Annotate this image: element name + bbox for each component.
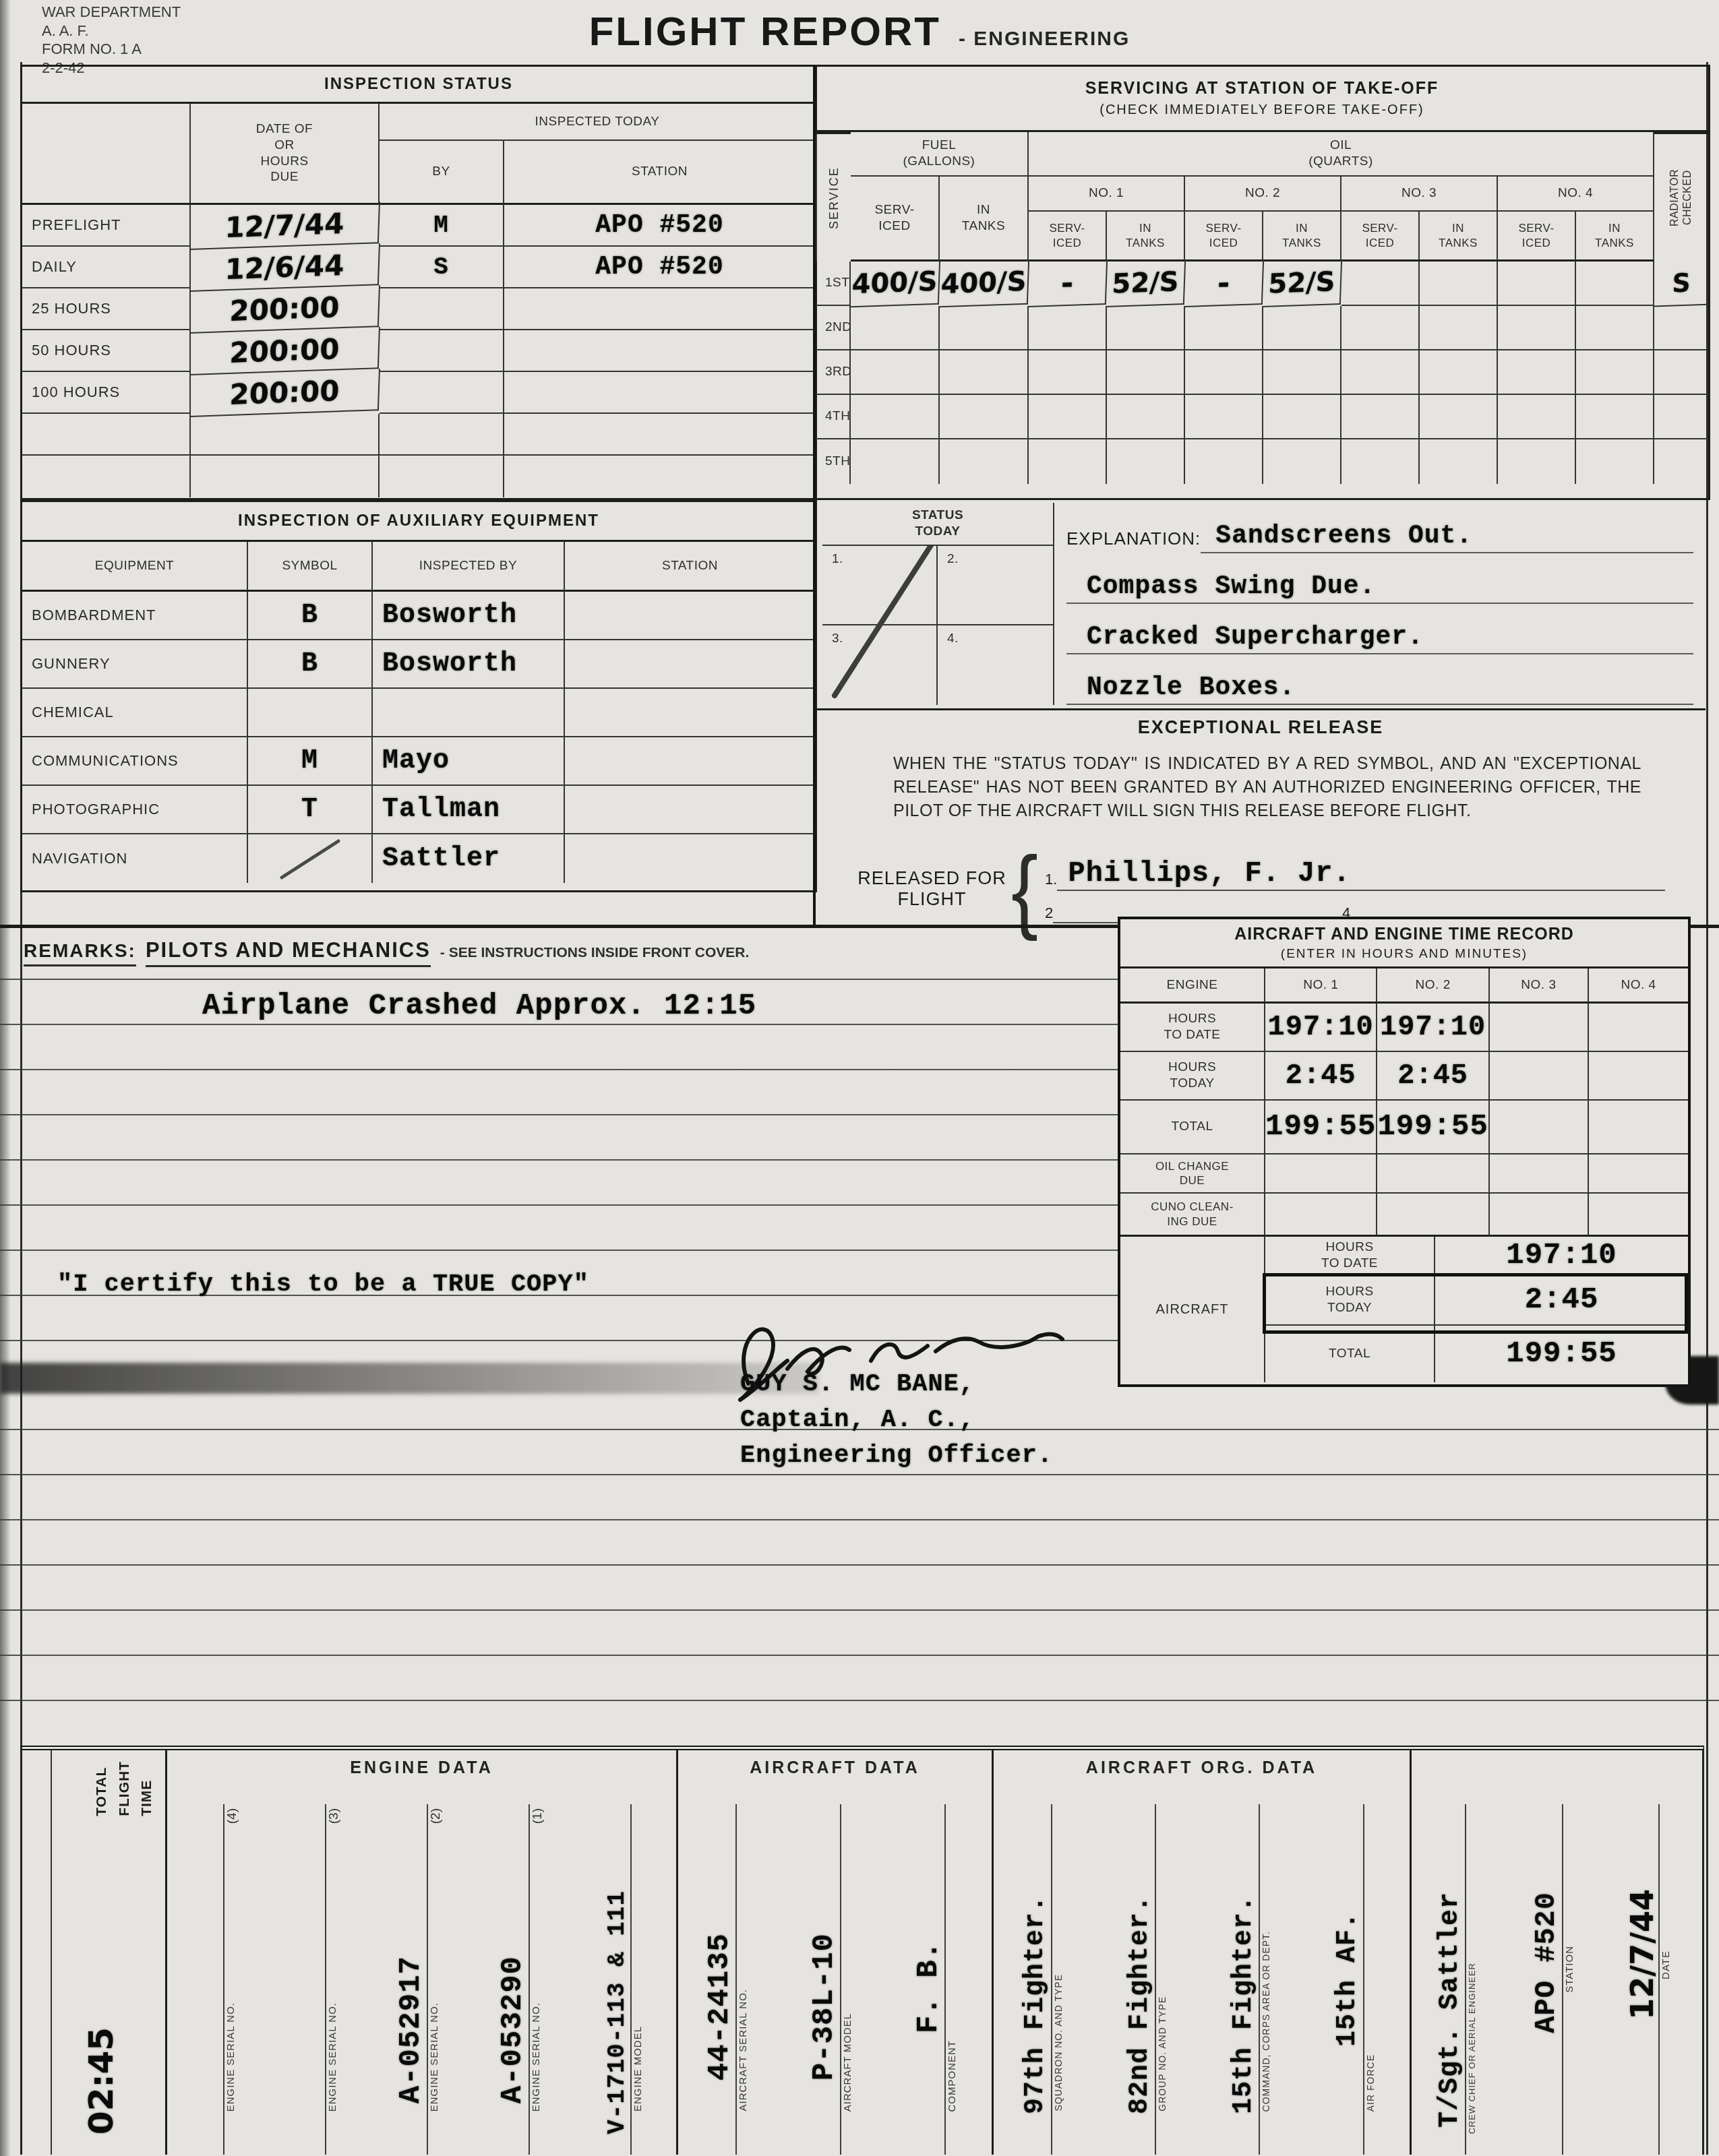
release-line-1-number: 1. bbox=[1045, 871, 1057, 891]
pilot-release-signature: Phillips, F. Jr. bbox=[1057, 857, 1665, 891]
bottom-date-column: DATE 12/7/44 bbox=[1605, 1785, 1702, 2155]
time-record-subtitle: (ENTER IN HOURS AND MINUTES) bbox=[1281, 947, 1528, 962]
oil-change-no2 bbox=[1377, 1154, 1489, 1194]
symbol-header: SYMBOL bbox=[248, 542, 373, 592]
navigation-symbol-cell bbox=[248, 834, 373, 883]
column-label: ENGINE SERIAL NO. bbox=[531, 2002, 542, 2112]
column-value: F. B. bbox=[914, 1941, 944, 2033]
bottom-station-column: STATION APO #520 bbox=[1509, 1785, 1606, 2155]
station-header: STATION bbox=[504, 141, 815, 205]
empty-cell bbox=[1341, 306, 1420, 350]
engine-no3-header: NO. 3 bbox=[1490, 968, 1589, 1004]
empty-cell bbox=[940, 306, 1029, 350]
engine-no4-header: NO. 4 bbox=[1589, 968, 1688, 1004]
blank-corner-cell bbox=[22, 104, 191, 205]
status-quadrant-4: 4. bbox=[938, 625, 1053, 705]
total-no3 bbox=[1490, 1101, 1589, 1154]
chemical-symbol-cell bbox=[248, 689, 373, 737]
column-label: AIR FORCE bbox=[1365, 2054, 1376, 2112]
crew-chief-column: CREW CHIEF OR AERIAL ENGINEER T/Sgt. Sat… bbox=[1412, 1785, 1509, 2155]
column-value: 97th Fighter. bbox=[1023, 1895, 1050, 2114]
column-value: 12/7/44 bbox=[1627, 1889, 1658, 2020]
blank-row-cell bbox=[191, 414, 380, 456]
aircraft-data-title: AIRCRAFT DATA bbox=[678, 1750, 992, 1785]
column-value: A-052917 bbox=[396, 1956, 426, 2103]
oil-change-no1 bbox=[1265, 1154, 1377, 1194]
hours-to-date-no4 bbox=[1589, 1004, 1688, 1052]
explanation-entry-4: Nozzle Boxes. bbox=[1066, 673, 1693, 705]
engine-data-group: ENGINE DATA (4) ENGINE SERIAL NO. (3) EN… bbox=[167, 1750, 678, 2155]
25-hours-entry: 200:00 bbox=[190, 285, 380, 334]
column-value: 15th AF. bbox=[1335, 1912, 1362, 2047]
remarks-label: REMARKS: bbox=[24, 940, 136, 966]
aircraft-serial-column: AIRCRAFT SERIAL NO. 44-24135 bbox=[678, 1785, 783, 2155]
auxiliary-title: INSPECTION OF AUXILIARY EQUIPMENT bbox=[22, 502, 815, 542]
row-label-chemical: CHEMICAL bbox=[22, 689, 248, 737]
fuel-in-tanks-entry-1st: 400/S bbox=[939, 260, 1029, 308]
column-value: APO #520 bbox=[1532, 1892, 1561, 2033]
scan-smudge-artifact bbox=[0, 1363, 819, 1394]
service-row-2nd: 2ND bbox=[816, 306, 851, 350]
service-row-3rd: 3RD bbox=[816, 350, 851, 395]
component-column: COMPONENT F. B. bbox=[887, 1785, 992, 2155]
crew-group-title-spacer bbox=[1412, 1750, 1702, 1785]
oil-no2-header: NO. 2 bbox=[1185, 177, 1341, 212]
chemical-inspector-cell bbox=[373, 689, 565, 737]
25-hours-station-cell bbox=[504, 288, 815, 330]
entry-line bbox=[223, 1804, 224, 2155]
bottom-spacer-column bbox=[22, 1750, 52, 2155]
engine-model-column: ENGINE MODEL V-1710-113 & 111 bbox=[574, 1785, 676, 2155]
crew-station-date-group: CREW CHIEF OR AERIAL ENGINEER T/Sgt. Sat… bbox=[1412, 1750, 1702, 2155]
exceptional-release-title: EXCEPTIONAL RELEASE bbox=[816, 710, 1706, 738]
cuno-no3 bbox=[1490, 1194, 1589, 1237]
column-value: T/Sgt. Sattler bbox=[1437, 1892, 1464, 2128]
bombardment-symbol-entry: B bbox=[248, 592, 373, 640]
oil-change-no4 bbox=[1589, 1154, 1688, 1194]
fuel-serviced-header: SERV- ICED bbox=[851, 177, 940, 261]
oil-no1-header: NO. 1 bbox=[1029, 177, 1185, 212]
column-value: A-053290 bbox=[498, 1956, 528, 2103]
column-number: (1) bbox=[531, 1808, 545, 1824]
50-hours-entry: 200:00 bbox=[190, 327, 380, 375]
group-column: GROUP NO. AND TYPE 82nd Fighter. bbox=[1097, 1785, 1201, 2155]
column-label: GROUP NO. AND TYPE bbox=[1157, 1996, 1168, 2112]
empty-cell bbox=[1576, 439, 1654, 484]
column-label: COMMAND, CORPS AREA OR DEPT. bbox=[1261, 1931, 1271, 2112]
empty-cell bbox=[1185, 350, 1263, 395]
aircraft-hours-today-value: 2:45 bbox=[1435, 1276, 1688, 1326]
time-record-title: AIRCRAFT AND ENGINE TIME RECORD bbox=[1234, 925, 1574, 944]
signer-title: Engineering Officer. bbox=[740, 1438, 1053, 1474]
inspected-today-header: INSPECTED TODAY bbox=[380, 104, 815, 141]
daily-date-entry: 12/6/44 bbox=[190, 243, 380, 292]
status-today-box: STATUS TODAY 1. 2. 3. 4. bbox=[822, 503, 1054, 705]
empty-cell bbox=[1498, 439, 1576, 484]
navigation-slash-icon bbox=[276, 837, 344, 880]
hours-to-date-label: HOURS TO DATE bbox=[1120, 1004, 1265, 1052]
column-label: ENGINE SERIAL NO. bbox=[429, 2002, 440, 2112]
column-value: 82nd Fighter. bbox=[1127, 1895, 1154, 2114]
photographic-station-cell bbox=[565, 786, 815, 834]
row-label-daily: DAILY bbox=[22, 247, 191, 288]
empty-cell bbox=[1420, 350, 1498, 395]
service-row-5th: 5TH bbox=[816, 439, 851, 484]
column-label: AIRCRAFT SERIAL NO. bbox=[737, 1989, 749, 2112]
explanation-entry-1: Sandscreens Out. bbox=[1201, 522, 1693, 553]
aircraft-hours-today-label: HOURS TODAY bbox=[1265, 1276, 1435, 1326]
row-label-preflight: PREFLIGHT bbox=[22, 205, 191, 247]
aircraft-total-value: 199:55 bbox=[1435, 1326, 1688, 1382]
no4-serviced-entry-1st bbox=[1498, 261, 1576, 306]
empty-cell bbox=[1498, 306, 1576, 350]
empty-cell bbox=[851, 350, 940, 395]
explanation-block: EXPLANATION: Sandscreens Out. Compass Sw… bbox=[1066, 503, 1693, 705]
hours-to-date-no1: 197:10 bbox=[1265, 1004, 1377, 1052]
time-record-title-block: AIRCRAFT AND ENGINE TIME RECORD (ENTER I… bbox=[1120, 919, 1688, 968]
empty-cell bbox=[1498, 350, 1576, 395]
no2-in-tanks-entry-1st: 52/S bbox=[1263, 260, 1342, 307]
remarks-entry: Airplane Crashed Approx. 12:15 bbox=[202, 989, 756, 1023]
status-quadrant-2: 2. bbox=[938, 546, 1053, 625]
total-no1: 199:55 bbox=[1265, 1101, 1377, 1154]
service-row-4th: 4TH bbox=[816, 395, 851, 439]
explanation-line-4: Nozzle Boxes. bbox=[1066, 654, 1693, 705]
hours-to-date-no2: 197:10 bbox=[1377, 1004, 1489, 1052]
daily-by-entry: S bbox=[380, 247, 504, 288]
column-value: 15th Fighter. bbox=[1231, 1895, 1258, 2114]
engine-col-header: ENGINE bbox=[1120, 968, 1265, 1004]
empty-cell bbox=[1029, 439, 1107, 484]
aircraft-hours-to-date-value: 197:10 bbox=[1435, 1237, 1688, 1276]
blank-row-cell bbox=[191, 456, 380, 497]
entry-line bbox=[1051, 1804, 1052, 2155]
fuel-gallons-header: FUEL (GALLONS) bbox=[851, 132, 1029, 177]
page-title: FLIGHT REPORT- ENGINEERING bbox=[0, 8, 1719, 55]
no1-serviced-header: SERV- ICED bbox=[1029, 212, 1107, 261]
column-value: 44-24135 bbox=[705, 1933, 735, 2081]
bombardment-station-cell bbox=[565, 592, 815, 640]
cuno-cleaning-due-label: CUNO CLEAN- ING DUE bbox=[1120, 1194, 1265, 1237]
empty-cell bbox=[1185, 306, 1263, 350]
certify-statement: "I certify this to be a TRUE COPY" bbox=[57, 1270, 589, 1299]
remarks-heading: REMARKS: PILOTS AND MECHANICS - SEE INST… bbox=[24, 938, 749, 967]
servicing-subtitle: (CHECK IMMEDIATELY BEFORE TAKE-OFF) bbox=[1099, 102, 1424, 118]
bottom-data-band: TOTAL FLIGHT TIME 02:45 ENGINE DATA (4) … bbox=[20, 1746, 1704, 2155]
no3-in-tanks-entry-1st bbox=[1420, 261, 1498, 306]
release-line-2-number: 2 bbox=[1045, 904, 1053, 923]
explanation-line-2: Compass Swing Due. bbox=[1066, 553, 1693, 604]
communications-inspector-entry: Mayo bbox=[373, 737, 565, 786]
total-flight-time-column: TOTAL FLIGHT TIME 02:45 bbox=[52, 1750, 167, 2155]
no4-in-tanks-header: IN TANKS bbox=[1576, 212, 1654, 261]
aircraft-model-column: AIRCRAFT MODEL P-38L-10 bbox=[783, 1785, 887, 2155]
empty-cell bbox=[1185, 395, 1263, 439]
oil-no3-header: NO. 3 bbox=[1341, 177, 1498, 212]
photographic-symbol-entry: T bbox=[248, 786, 373, 834]
navigation-inspector-entry: Sattler bbox=[373, 834, 565, 883]
cuno-no4 bbox=[1589, 1194, 1688, 1237]
brace-glyph: { bbox=[1011, 851, 1038, 929]
oil-change-no3 bbox=[1490, 1154, 1589, 1194]
column-number: (3) bbox=[327, 1808, 342, 1824]
servicing-panel: SERVICING AT STATION OF TAKE-OFF (CHECK … bbox=[813, 65, 1710, 500]
auxiliary-equipment-panel: INSPECTION OF AUXILIARY EQUIPMENT EQUIPM… bbox=[20, 500, 817, 892]
blank-row-cell bbox=[380, 456, 504, 497]
aircraft-org-data-group: AIRCRAFT ORG. DATA SQUADRON NO. AND TYPE… bbox=[994, 1750, 1412, 2155]
oil-quarts-header: OIL (QUARTS) bbox=[1029, 132, 1654, 177]
no2-serviced-entry-1st: - bbox=[1184, 260, 1264, 307]
blank-row-cell bbox=[22, 456, 191, 497]
no1-serviced-entry-1st: - bbox=[1028, 260, 1108, 307]
empty-cell bbox=[1263, 306, 1341, 350]
servicing-title-block: SERVICING AT STATION OF TAKE-OFF (CHECK … bbox=[816, 67, 1708, 132]
empty-cell bbox=[940, 350, 1029, 395]
total-flight-time-value: 02:45 bbox=[82, 2027, 121, 2134]
aircraft-hours-to-date-label: HOURS TO DATE bbox=[1265, 1237, 1435, 1276]
column-label: AIRCRAFT MODEL bbox=[842, 2013, 853, 2112]
remarks-note: - SEE INSTRUCTIONS INSIDE FRONT COVER. bbox=[440, 945, 750, 961]
no4-in-tanks-entry-1st bbox=[1576, 261, 1654, 306]
fuel-in-tanks-header: IN TANKS bbox=[940, 177, 1029, 261]
inspection-status-title: INSPECTION STATUS bbox=[22, 67, 815, 104]
status-explanation-panel: STATUS TODAY 1. 2. 3. 4. EXPLANATION: Sa… bbox=[813, 500, 1706, 710]
release-line-1: 1. Phillips, F. Jr. bbox=[1045, 856, 1665, 891]
blank-row-cell bbox=[504, 414, 815, 456]
row-label-communications: COMMUNICATIONS bbox=[22, 737, 248, 786]
column-value: P-38L-10 bbox=[810, 1933, 839, 2081]
empty-cell bbox=[940, 439, 1029, 484]
empty-cell bbox=[1498, 395, 1576, 439]
equipment-header: EQUIPMENT bbox=[22, 542, 248, 592]
hours-today-no3 bbox=[1490, 1052, 1589, 1101]
air-force-column: AIR FORCE 15th AF. bbox=[1306, 1785, 1410, 2155]
total-no4 bbox=[1589, 1101, 1688, 1154]
no2-in-tanks-header: IN TANKS bbox=[1263, 212, 1341, 261]
50-hours-by-cell bbox=[380, 330, 504, 372]
hours-today-no4 bbox=[1589, 1052, 1688, 1101]
date-or-hours-due-header: DATE OF OR HOURS DUE bbox=[191, 104, 380, 205]
column-label: CREW CHIEF OR AERIAL ENGINEER bbox=[1467, 1963, 1477, 2134]
squadron-column: SQUADRON NO. AND TYPE 97th Fighter. bbox=[994, 1785, 1097, 2155]
photographic-inspector-entry: Tallman bbox=[373, 786, 565, 834]
hours-today-label: HOURS TODAY bbox=[1120, 1052, 1265, 1101]
cuno-no2 bbox=[1377, 1194, 1489, 1237]
daily-station-entry: APO #520 bbox=[504, 247, 815, 288]
hours-today-no2: 2:45 bbox=[1377, 1052, 1489, 1101]
empty-cell bbox=[1029, 395, 1107, 439]
blank-row-cell bbox=[380, 414, 504, 456]
empty-cell bbox=[1654, 439, 1708, 484]
empty-cell bbox=[1029, 306, 1107, 350]
exceptional-release-panel: EXCEPTIONAL RELEASE WHEN THE "STATUS TOD… bbox=[813, 710, 1706, 925]
empty-cell bbox=[1576, 395, 1654, 439]
no1-in-tanks-entry-1st: 52/S bbox=[1106, 260, 1186, 307]
empty-cell bbox=[1420, 439, 1498, 484]
engine-data-title: ENGINE DATA bbox=[167, 1750, 676, 1785]
empty-cell bbox=[1420, 395, 1498, 439]
empty-cell bbox=[851, 395, 940, 439]
empty-cell bbox=[1576, 350, 1654, 395]
signer-rank: Captain, A. C., bbox=[740, 1403, 1053, 1438]
empty-cell bbox=[1029, 350, 1107, 395]
no4-serviced-header: SERV- ICED bbox=[1498, 212, 1576, 261]
inspection-status-panel: INSPECTION STATUS DATE OF OR HOURS DUE I… bbox=[20, 65, 817, 500]
hours-today-no1: 2:45 bbox=[1265, 1052, 1377, 1101]
title-main: FLIGHT REPORT bbox=[589, 9, 941, 54]
exceptional-release-body: WHEN THE "STATUS TODAY" IS INDICATED BY … bbox=[893, 752, 1641, 823]
service-row-1st: 1ST bbox=[816, 261, 851, 306]
column-number: (4) bbox=[225, 1808, 240, 1824]
status-today-title: STATUS TODAY bbox=[822, 503, 1053, 546]
title-sub: - ENGINEERING bbox=[959, 28, 1130, 50]
remarks-subheading: PILOTS AND MECHANICS bbox=[146, 938, 431, 967]
empty-cell bbox=[1654, 395, 1708, 439]
engine-no1-header: NO. 1 bbox=[1265, 968, 1377, 1004]
empty-cell bbox=[1107, 350, 1185, 395]
hours-to-date-no3 bbox=[1490, 1004, 1589, 1052]
empty-cell bbox=[1107, 395, 1185, 439]
released-for-flight-label: RELEASED FOR FLIGHT bbox=[853, 856, 1011, 923]
100-hours-by-cell bbox=[380, 372, 504, 414]
100-hours-entry: 200:00 bbox=[190, 369, 380, 417]
blank-row-cell bbox=[504, 456, 815, 497]
radiator-entry-1st: S bbox=[1654, 261, 1709, 307]
gunnery-station-cell bbox=[565, 640, 815, 689]
empty-cell bbox=[1341, 350, 1420, 395]
no3-serviced-header: SERV- ICED bbox=[1341, 212, 1420, 261]
column-label: COMPONENT bbox=[946, 2040, 958, 2112]
by-header: BY bbox=[380, 141, 504, 205]
oil-change-due-label: OIL CHANGE DUE bbox=[1120, 1154, 1265, 1194]
explanation-entry-2: Compass Swing Due. bbox=[1066, 572, 1693, 604]
bombardment-inspector-entry: Bosworth bbox=[373, 592, 565, 640]
communications-station-cell bbox=[565, 737, 815, 786]
total-flight-time-label: TOTAL FLIGHT TIME bbox=[90, 1761, 158, 1816]
engine-no2-header: NO. 2 bbox=[1377, 968, 1489, 1004]
column-value: V-1710-113 & 111 bbox=[605, 1890, 630, 2134]
column-label: ENGINE SERIAL NO. bbox=[225, 2002, 237, 2112]
release-signature-lines: 1. Phillips, F. Jr. 2 4 bbox=[1038, 856, 1665, 923]
engine-serial-4-column: (4) ENGINE SERIAL NO. bbox=[167, 1785, 269, 2155]
explanation-line-3: Cracked Supercharger. bbox=[1066, 604, 1693, 654]
row-label-photographic: PHOTOGRAPHIC bbox=[22, 786, 248, 834]
empty-cell bbox=[851, 439, 940, 484]
status-quadrant-1: 1. bbox=[822, 546, 938, 625]
empty-cell bbox=[1185, 439, 1263, 484]
no3-in-tanks-header: IN TANKS bbox=[1420, 212, 1498, 261]
row-label-bombardment: BOMBARDMENT bbox=[22, 592, 248, 640]
gunnery-symbol-entry: B bbox=[248, 640, 373, 689]
explanation-entry-3: Cracked Supercharger. bbox=[1066, 623, 1693, 654]
no3-serviced-entry-1st bbox=[1341, 261, 1420, 306]
gunnery-inspector-entry: Bosworth bbox=[373, 640, 565, 689]
explanation-label: EXPLANATION: bbox=[1066, 528, 1201, 553]
empty-cell bbox=[851, 306, 940, 350]
time-record-panel: AIRCRAFT AND ENGINE TIME RECORD (ENTER I… bbox=[1118, 917, 1691, 1387]
column-label: SQUADRON NO. AND TYPE bbox=[1053, 1974, 1064, 2112]
column-number: (2) bbox=[429, 1808, 444, 1824]
empty-cell bbox=[1107, 306, 1185, 350]
preflight-date-entry: 12/7/44 bbox=[190, 202, 380, 250]
empty-cell bbox=[1420, 306, 1498, 350]
row-label-navigation: NAVIGATION bbox=[22, 834, 248, 883]
aircraft-total-label: TOTAL bbox=[1265, 1326, 1435, 1382]
service-column-header: SERVICE bbox=[816, 132, 851, 261]
50-hours-station-cell bbox=[504, 330, 815, 372]
communications-symbol-entry: M bbox=[248, 737, 373, 786]
25-hours-by-cell bbox=[380, 288, 504, 330]
empty-cell bbox=[1107, 439, 1185, 484]
no2-serviced-header: SERV- ICED bbox=[1185, 212, 1263, 261]
empty-cell bbox=[1263, 439, 1341, 484]
oil-no4-header: NO. 4 bbox=[1498, 177, 1654, 212]
total-no2: 199:55 bbox=[1377, 1101, 1489, 1154]
column-label: STATION bbox=[1564, 1946, 1575, 1993]
empty-cell bbox=[1341, 395, 1420, 439]
blank-row-cell bbox=[22, 414, 191, 456]
navigation-station-cell bbox=[565, 834, 815, 883]
entry-line bbox=[325, 1804, 326, 2155]
column-label: ENGINE MODEL bbox=[632, 2026, 644, 2112]
command-column: COMMAND, CORPS AREA OR DEPT. 15th Fighte… bbox=[1202, 1785, 1306, 2155]
empty-cell bbox=[1576, 306, 1654, 350]
radiator-checked-header: RADIATOR CHECKED bbox=[1654, 132, 1708, 261]
fuel-serviced-entry-1st: 400/S bbox=[850, 260, 940, 308]
empty-cell bbox=[1341, 439, 1420, 484]
released-for-flight-block: RELEASED FOR FLIGHT { 1. Phillips, F. Jr… bbox=[853, 856, 1665, 923]
chemical-station-cell bbox=[565, 689, 815, 737]
empty-cell bbox=[1263, 350, 1341, 395]
preflight-by-entry: M bbox=[380, 205, 504, 247]
engine-serial-1-column: (1) ENGINE SERIAL NO. A-053290 bbox=[473, 1785, 574, 2155]
aircraft-data-group: AIRCRAFT DATA AIRCRAFT SERIAL NO. 44-241… bbox=[678, 1750, 994, 2155]
empty-cell bbox=[940, 395, 1029, 439]
preflight-station-entry: APO #520 bbox=[504, 205, 815, 247]
empty-cell bbox=[1654, 350, 1708, 395]
empty-cell bbox=[1263, 395, 1341, 439]
empty-cell bbox=[1654, 306, 1708, 350]
row-label-gunnery: GUNNERY bbox=[22, 640, 248, 689]
aux-station-header: STATION bbox=[565, 542, 815, 592]
explanation-line-1: EXPLANATION: Sandscreens Out. bbox=[1066, 503, 1693, 553]
cuno-no1 bbox=[1265, 1194, 1377, 1237]
inspected-by-header: INSPECTED BY bbox=[373, 542, 565, 592]
engine-serial-2-column: (2) ENGINE SERIAL NO. A-052917 bbox=[371, 1785, 473, 2155]
aircraft-org-data-title: AIRCRAFT ORG. DATA bbox=[994, 1750, 1410, 1785]
aircraft-row-label: AIRCRAFT bbox=[1120, 1237, 1265, 1382]
100-hours-station-cell bbox=[504, 372, 815, 414]
column-label: DATE bbox=[1660, 1950, 1672, 1979]
servicing-title: SERVICING AT STATION OF TAKE-OFF bbox=[1085, 79, 1439, 98]
no1-in-tanks-header: IN TANKS bbox=[1107, 212, 1185, 261]
row-label-100-hours: 100 HOURS bbox=[22, 372, 191, 414]
row-label-50-hours: 50 HOURS bbox=[22, 330, 191, 372]
total-label: TOTAL bbox=[1120, 1101, 1265, 1154]
engine-serial-3-column: (3) ENGINE SERIAL NO. bbox=[269, 1785, 371, 2155]
row-label-25-hours: 25 HOURS bbox=[22, 288, 191, 330]
flight-report-scan: WAR DEPARTMENT A. A. F. FORM NO. 1 A 2-2… bbox=[0, 0, 1719, 2156]
status-quadrant-3: 3. bbox=[822, 625, 938, 705]
column-label: ENGINE SERIAL NO. bbox=[327, 2002, 338, 2112]
